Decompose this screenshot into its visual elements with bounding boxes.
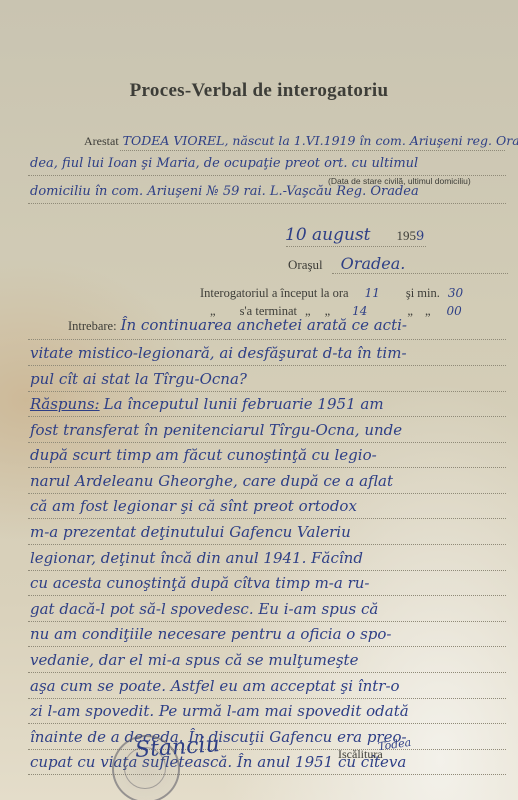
dotted-rule (28, 595, 506, 596)
dotted-rule (28, 467, 506, 468)
dotted-rule (28, 774, 506, 775)
answer-label: Răspuns: (30, 395, 100, 413)
dotted-rule (28, 442, 506, 443)
dotted-rule (28, 672, 506, 673)
question-text-1: În continuarea anchetei arată ce acti- (121, 316, 407, 334)
date-day-month: 10 august (285, 225, 371, 245)
time-end-min: 00 (447, 304, 462, 318)
document-title: Proces-Verbal de interogatoriu (0, 80, 518, 102)
dotted-rule (28, 723, 506, 724)
answer-line: aşa cum se poate. Astfel eu am acceptat … (30, 677, 400, 696)
dotted-rule (28, 391, 506, 392)
dotted-rule (28, 365, 506, 366)
city-label: Oraşul (288, 257, 323, 272)
date-line: 10 august 1959 (285, 225, 424, 245)
answer-text: fost transferat în penitenciarul Tîrgu-O… (30, 421, 402, 439)
answer-text: aşa cum se poate. Astfel eu am acceptat … (30, 677, 400, 695)
question-text-2: vitate mistico-legionară, ai desfăşurat … (30, 344, 407, 362)
time-start-min: 30 (448, 286, 463, 300)
dotted-rule (286, 246, 426, 247)
answer-text: narul Ardeleanu Gheorghe, care după ce a… (30, 472, 393, 490)
arrested-details-2: dea, fiul lui Ioan şi Maria, de ocupaţie… (30, 156, 418, 171)
answer-line: după scurt timp am făcut cunoştinţă cu l… (30, 446, 377, 465)
dotted-rule (28, 416, 506, 417)
answer-line: că am fost legionar şi că sînt preot ort… (30, 497, 357, 516)
time-start-line: Interogatoriul a început la ora 11 şi mi… (200, 284, 463, 302)
question-label: Intrebare: (68, 319, 117, 333)
date-year-hand: 9 (416, 229, 424, 244)
answer-text: cu acesta cunoştinţă după cîtva timp m-a… (30, 574, 369, 592)
dotted-rule (28, 339, 506, 340)
question-line-1: Intrebare: În continuarea anchetei arată… (68, 316, 407, 335)
dotted-rule (332, 273, 508, 274)
arrested-details-3: domiciliu în com. Ariuşeni № 59 rai. L.-… (30, 184, 419, 199)
city-line: Oraşul Oradea. (288, 254, 405, 274)
answer-line: fost transferat în penitenciarul Tîrgu-O… (30, 421, 402, 440)
answer-line: Răspuns: La începutul lunii februarie 19… (30, 395, 384, 414)
answer-line: narul Ardeleanu Gheorghe, care după ce a… (30, 472, 393, 491)
arrested-line-1: Arestat TODEA VIOREL, născut la 1.VI.191… (84, 132, 518, 150)
answer-line: gat dacă-l pot să-l spovedesc. Eu i-am s… (30, 600, 378, 619)
arrested-label: Arestat (84, 134, 119, 148)
answer-text: gat dacă-l pot să-l spovedesc. Eu i-am s… (30, 600, 378, 618)
answer-line: cu acesta cunoştinţă după cîtva timp m-a… (30, 574, 369, 593)
answer-text: după scurt timp am făcut cunoştinţă cu l… (30, 446, 377, 464)
answer-text: legionar, deţinut încă din anul 1941. Fă… (30, 549, 363, 567)
answer-text: că am fost legionar şi că sînt preot ort… (30, 497, 357, 515)
dotted-rule (28, 203, 506, 204)
ditto-mark: „ (425, 304, 431, 318)
signature-label: Iscălitura (338, 747, 383, 762)
answer-line: nu am condiţiile necesare pentru a ofici… (30, 625, 391, 644)
dotted-rule (28, 698, 506, 699)
question-text-3: pul cît ai stat la Tîrgu-Ocna? (30, 370, 247, 388)
answer-text: vedanie, dar el mi-a spus că se mulţumeş… (30, 651, 358, 669)
answer-text: zi l-am spovedit. Pe urmă l-am mai spove… (30, 702, 409, 720)
city-value: Oradea. (341, 254, 406, 273)
dotted-rule (120, 150, 505, 151)
answer-line: m-a prezentat deţinutului Gafencu Valeri… (30, 523, 351, 542)
arrested-details-1: TODEA VIOREL, născut la 1.VI.1919 în com… (123, 133, 518, 148)
answer-line: legionar, deţinut încă din anul 1941. Fă… (30, 549, 363, 568)
dotted-rule (28, 518, 506, 519)
dotted-rule (28, 621, 506, 622)
document-page: Proces-Verbal de interogatoriu Arestat T… (0, 0, 518, 800)
answer-text: m-a prezentat deţinutului Gafencu Valeri… (30, 523, 351, 541)
dotted-rule (28, 544, 506, 545)
answer-line: zi l-am spovedit. Pe urmă l-am mai spove… (30, 702, 409, 721)
ditto-mark: „ (407, 304, 413, 318)
dotted-rule (28, 493, 506, 494)
time-start-hour: 11 (365, 286, 380, 300)
dotted-rule (28, 749, 506, 750)
dotted-rule (28, 570, 506, 571)
time-min-label: şi min. (406, 286, 440, 300)
answer-line: vedanie, dar el mi-a spus că se mulţumeş… (30, 651, 358, 670)
date-year-printed: 195 (397, 228, 417, 243)
answer-text: La începutul lunii februarie 1951 am (104, 395, 384, 413)
dotted-rule (28, 646, 506, 647)
time-start-label: Interogatoriul a început la ora (200, 286, 349, 300)
answer-text: nu am condiţiile necesare pentru a ofici… (30, 625, 391, 643)
